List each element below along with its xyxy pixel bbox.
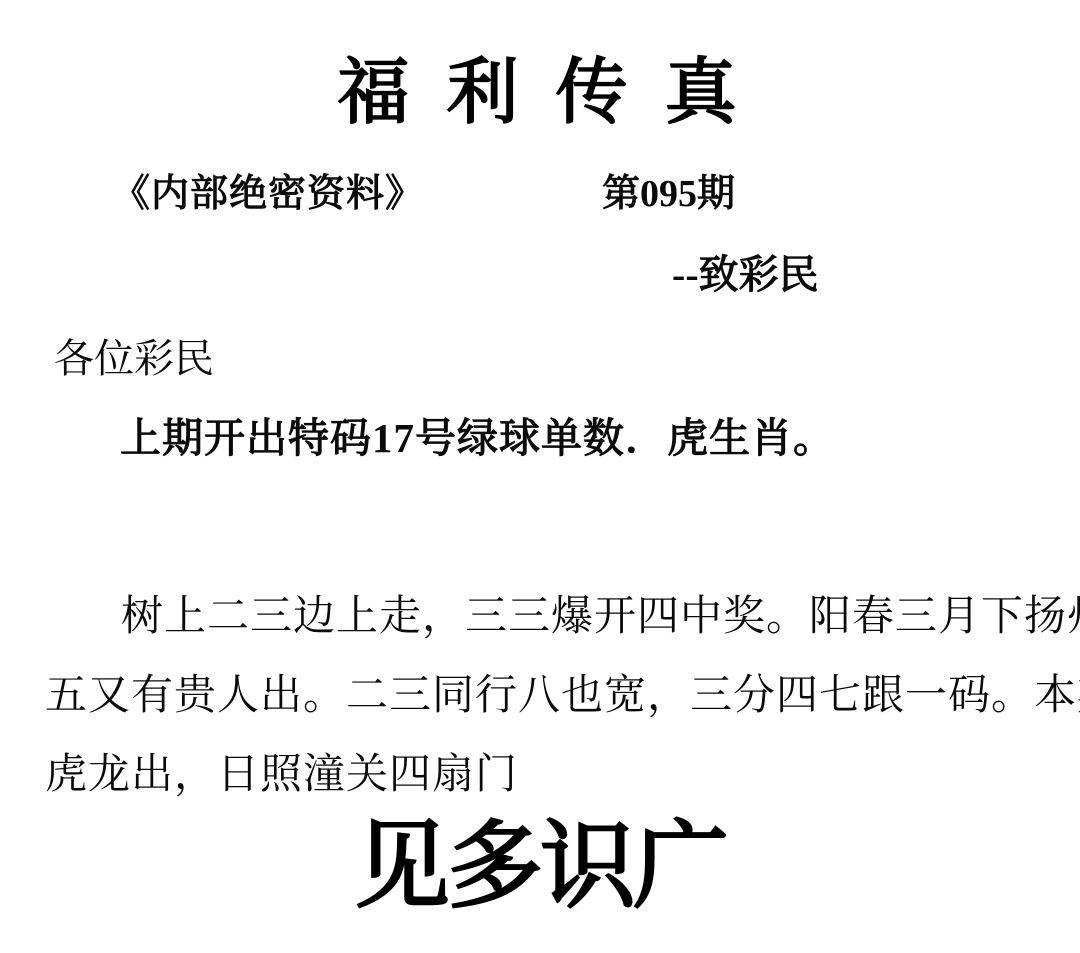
poem-line-1: 树上二三边上走，三三爆开四中奖。阳春三月下扬州，三 bbox=[45, 578, 1040, 657]
issue-number: 第095期 bbox=[602, 172, 735, 216]
page-title: 福 利 传 真 bbox=[0, 52, 1080, 132]
salutation-line: 各位彩民 bbox=[54, 336, 214, 382]
confidential-subtitle: 《内部绝密资料》 bbox=[112, 172, 424, 216]
poem-line-2: 五又有贵人出。二三同行八也宽，三分四七跟一码。本期特码 bbox=[45, 657, 1040, 736]
meta-row: 《内部绝密资料》 第095期 bbox=[0, 172, 1080, 220]
poem-line-3: 虎龙出，日照潼关四扇门 bbox=[45, 736, 1040, 815]
dedication-line: --致彩民 bbox=[672, 252, 819, 298]
tip-poem: 树上二三边上走，三三爆开四中奖。阳春三月下扬州，三 五又有贵人出。二三同行八也宽… bbox=[45, 578, 1040, 815]
document-page: 福 利 传 真 《内部绝密资料》 第095期 --致彩民 各位彩民 上期开出特码… bbox=[0, 0, 1080, 953]
previous-draw-result: 上期开出特码17号绿球单数．虎生肖。 bbox=[120, 414, 835, 462]
footer-slogan: 见多识广 bbox=[0, 812, 1080, 922]
